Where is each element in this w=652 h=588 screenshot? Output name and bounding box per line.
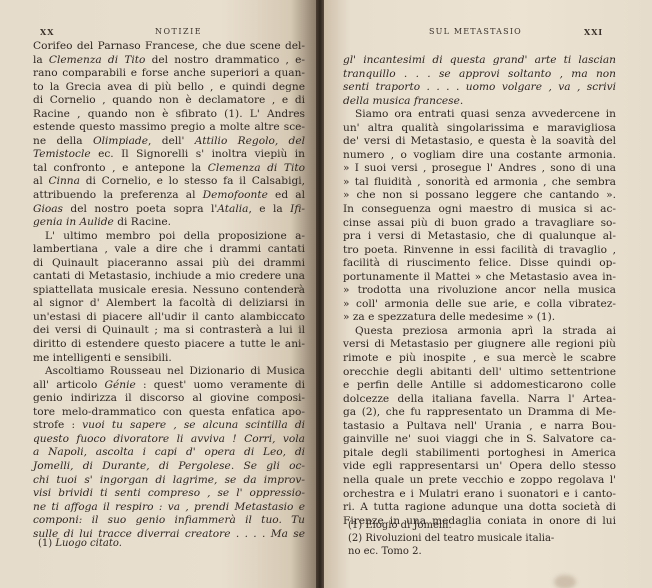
italic-text: Attilio Regolo, del [195,135,305,147]
text-line: a Napoli, ascolta i capi d' opera di Leo… [33,446,305,460]
book-gutter [316,0,324,588]
italic-text: componi: il suo genio infiammerà il tuo.… [33,514,305,526]
text-segment: nella quale un prete vecchio e zoppo reg… [343,474,616,486]
text-line: Siamo ora entrati quasi senza avvedercen… [343,108,616,122]
text-line: cantati di Metastasio, inchiude a mio cr… [33,270,305,284]
text-line: tastasio a Pultava nell' Urania , e narr… [343,420,616,434]
text-segment: to la Grecia avea di più bello , e quind… [33,81,305,93]
text-segment: di Racine. [114,216,171,228]
text-line: rimote e più inospite , e sua mercè le s… [343,352,616,366]
text-line: un' altra qualità singolarissima e marav… [343,122,616,136]
text-line: orecchie degli abitanti dell' ultimo set… [343,366,616,380]
text-segment: del nostro drammatico , e- [145,54,305,66]
text-segment: versi di Metastasio per giugnere alle re… [343,338,616,350]
text-segment: tal confronto , e antepone la [33,162,208,174]
text-line: di Cornelio , quando non è declamatore ,… [33,94,305,108]
italic-text: a Napoli, ascolta i capi d' opera di Leo… [33,446,305,458]
text-segment: ga (2), che fu rappresentato un Dramma d… [343,406,616,418]
text-line: versi di Metastasio per giugnere alle re… [343,338,616,352]
text-segment: ed al [268,189,305,201]
italic-text: chi tuoi s' ingorgan di lagrime, se da i… [33,474,305,486]
running-head-right: SUL METASTASIO [429,27,522,36]
text-segment: cinse assai più di buon grado a travagli… [343,217,616,229]
text-line: chi tuoi s' ingorgan di lagrime, se da i… [33,474,305,488]
text-line: componi: il suo genio infiammerà il tuo.… [33,514,305,528]
text-line: tro poeta. Rinvenne in essi facilità di … [343,244,616,258]
italic-text: della musica francese. [343,95,463,107]
text-line: diritto di estendere questo piacere a tu… [33,338,305,352]
text-line: Temistocle ec. Il Signorelli s' inoltra … [33,148,305,162]
text-segment: lambertiana , vale a dire che i drammi c… [33,243,305,255]
text-segment: al signor d' Alembert la facoltà di deli… [33,297,305,309]
text-line: questo fuoco divoratore li avviva ! Corr… [33,433,305,447]
text-segment: al [33,175,48,187]
text-segment: » coll' armonia delle sue arie, e colla … [343,298,616,310]
text-segment: no ec. Tomo 2. [348,546,422,557]
left-page-body: Corifeo del Parnaso Francese, che due sc… [33,40,305,541]
text-segment: diritto di estendere questo piacere a tu… [33,338,305,350]
text-segment: numero , o vogliam dire una costante arm… [343,149,616,161]
text-line: » coll' armonia delle sue arie, e colla … [343,298,616,312]
text-segment: di Cornelio, e lo stesso fa il Calsabigi… [80,175,305,187]
text-line: un'estasi di piacere all'udir il canto a… [33,311,305,325]
italic-text: Luogo citato. [55,538,122,549]
text-line: cinse assai più di buon grado a travagli… [343,217,616,231]
text-segment: Questa preziosa armonia aprì la strada a… [355,325,616,337]
text-segment: , dell' [148,135,195,147]
text-segment: rimote e più inospite , e sua mercè le s… [343,352,616,364]
text-line: e perfin delle Antille si addomesticaron… [343,379,616,393]
italic-text: Génie [105,379,136,391]
text-line: » che non si possano leggere che cantand… [343,189,616,203]
text-segment: pitale degli stabilimenti portoghesi in … [343,447,616,459]
text-segment: Ascoltiamo Rousseau nel Dizionario di Mu… [45,365,305,377]
text-line: Ascoltiamo Rousseau nel Dizionario di Mu… [33,365,305,379]
text-line: Gioas del nostro poeta sopra l'Atalia, e… [33,203,305,217]
text-segment: un' altra qualità singolarissima e marav… [343,122,616,134]
text-line: L' ultimo membro poi della proposizione … [33,230,305,244]
book-spread: XX NOTIZIE Corifeo del Parnaso Francese,… [0,0,652,588]
text-segment: me intelligenti e sensibili. [33,352,172,364]
text-line: vide egli rappresentarsi un' Opera dello… [343,460,616,474]
text-line: ga (2), che fu rappresentato un Dramma d… [343,406,616,420]
text-line: » za e spezzatura delle medesime » (1). [343,311,616,325]
text-segment: pra i versi di Metastasio, che di qualun… [343,230,616,242]
text-line: In conseguenza ogni maestro di musica si… [343,203,616,217]
text-line: strofe : vuoi tu sapere , se alcuna scin… [33,419,305,433]
text-line: gainville ne' suoi viaggi che in S. Salv… [343,433,616,447]
footnote-line: (2) Rivoluzioni del teatro musicale ital… [348,532,618,545]
text-segment: facilità di riuscimento felice. Disse qu… [343,257,616,269]
text-segment: : quest' uomo veramente di [136,379,305,391]
text-segment: spiattellata musicale eresia. Nessuno co… [33,284,305,296]
text-line: pitale degli stabilimenti portoghesi in … [343,447,616,461]
text-line: tal confronto , e antepone la Clemenza d… [33,162,305,176]
text-line: de' versi di Metastasio, e questa è la s… [343,135,616,149]
text-line: to la Grecia avea di più bello , e quind… [33,81,305,95]
italic-text: senti traporto . . . . uomo volgare , va… [343,81,616,93]
footnote-line: (1) Elogio di Jomelli. [348,519,618,532]
text-line: Corifeo del Parnaso Francese, che due sc… [33,40,305,54]
text-segment: (2) Rivoluzioni del teatro musicale ital… [348,533,554,544]
text-segment: orecchie degli abitanti dell' ultimo set… [343,366,616,378]
italic-text: genia in Aulide [33,216,114,228]
italic-text: Ifi- [290,203,305,215]
text-line: numero , o vogliam dire una costante arm… [343,149,616,163]
italic-text: questo fuoco divoratore li avviva ! Corr… [33,433,305,445]
text-segment: (1) [38,538,55,549]
right-page-footnotes: (1) Elogio di Jomelli.(2) Rivoluzioni de… [348,519,618,558]
page-number-right: XXI [584,27,603,37]
text-segment: ne della [33,135,93,147]
text-segment: de' versi di Metastasio, e questa è la s… [343,135,616,147]
text-line: portunamente il Mattei » che Metastasio … [343,271,616,285]
text-segment: strofe : [33,419,82,431]
italic-text: Temistocle [33,148,91,160]
text-segment: tastasio a Pultava nell' Urania , e narr… [343,420,616,432]
text-segment: (1) Elogio di Jomelli. [348,520,452,531]
text-line: genio indirizza il discorso al giovine c… [33,392,305,406]
text-segment: dei versi di Quinault ; ma si contraster… [33,324,305,336]
italic-text: vuoi tu sapere , se alcuna scintilla di [82,419,305,431]
footnote-line: no ec. Tomo 2. [348,545,618,558]
text-segment: Siamo ora entrati quasi senza avvedercen… [355,108,616,120]
text-line: Racine , quando non è sfibrato (1). L' A… [33,108,305,122]
text-line: al Cinna di Cornelio, e lo stesso fa il … [33,175,305,189]
italic-text: Clemenza di Tito [208,162,305,174]
text-line: nella quale un prete vecchio e zoppo reg… [343,474,616,488]
page-number-left: XX [40,27,54,37]
text-line: lambertiana , vale a dire che i drammi c… [33,243,305,257]
text-segment: gainville ne' suoi viaggi che in S. Salv… [343,433,616,445]
right-page: SUL METASTASIO XXI gl' incantesimi di qu… [324,0,652,588]
text-segment: di Cornelio , quando non è declamatore ,… [33,94,305,106]
text-line: dolcezze della italiana favella. Narra l… [343,393,616,407]
text-line: me intelligenti e sensibili. [33,352,305,366]
italic-text: visi brividi ti senti compreso , se l' o… [33,487,305,499]
text-line: tore melo-drammatico con questa enfatica… [33,406,305,420]
text-line: rano comparabili e forse anche superiori… [33,67,305,81]
italic-text: tranquillo . . . se approvi soltanto , m… [343,68,616,80]
italic-text: Demofoonte [203,189,268,201]
text-segment: » I suoi versi , prosegue l' Andres , so… [343,162,616,174]
text-segment: » tal fluidità , sonorità ed armonia , c… [343,176,616,188]
right-page-body: gl' incantesimi di questa grand' arte ti… [343,54,616,528]
text-segment: genio indirizza il discorso al giovine c… [33,392,305,404]
text-segment: tore melo-drammatico con questa enfatica… [33,406,305,418]
italic-text: Gioas [33,203,63,215]
paper-stain [554,575,576,588]
text-segment: attribuendo la preferenza al [33,189,203,201]
text-line: ne della Olimpiade, dell' Attilio Regolo… [33,135,305,149]
text-segment: » za e spezzatura delle medesime » (1). [343,311,555,323]
text-line: Questa preziosa armonia aprì la strada a… [343,325,616,339]
text-segment: vide egli rappresentarsi un' Opera dello… [343,460,616,472]
text-segment: di Quinault piaceranno assai più dei dra… [33,257,305,269]
text-line: gl' incantesimi di questa grand' arte ti… [343,54,616,68]
italic-text: gl' incantesimi di questa grand' arte ti… [343,54,616,66]
italic-text: ne ti affoga il respiro : va , prendi Me… [33,501,305,513]
text-segment: orchestra e i Mulatri erano i suonatori … [343,488,616,500]
text-line: dei versi di Quinault ; ma si contraster… [33,324,305,338]
text-segment: un'estasi di piacere all'udir il canto a… [33,311,305,323]
text-line: tranquillo . . . se approvi soltanto , m… [343,68,616,82]
text-line: spiattellata musicale eresia. Nessuno co… [33,284,305,298]
text-segment: cantati di Metastasio, inchiude a mio cr… [33,270,305,282]
italic-text: Olimpiade [93,135,148,147]
text-line: ri. A tutta ragione adunque una dotta so… [343,501,616,515]
text-line: all' articolo Génie : quest' uomo verame… [33,379,305,393]
text-segment: del nostro poeta sopra l' [63,203,217,215]
italic-text: Jomelli, di Durante, di Pergolese. Se gl… [33,460,305,472]
text-line: la Clemenza di Tito del nostro drammatic… [33,54,305,68]
text-segment: all' articolo [33,379,105,391]
text-line: ne ti affoga il respiro : va , prendi Me… [33,501,305,515]
text-line: visi brividi ti senti compreso , se l' o… [33,487,305,501]
text-segment: Racine , quando non è sfibrato (1). L' A… [33,108,305,120]
text-segment: la [33,54,49,66]
left-page: XX NOTIZIE Corifeo del Parnaso Francese,… [0,0,316,588]
text-line: » I suoi versi , prosegue l' Andres , so… [343,162,616,176]
text-line: senti traporto . . . . uomo volgare , va… [343,81,616,95]
italic-text: Cinna [48,175,79,187]
text-segment: tro poeta. Rinvenne in essi facilità di … [343,244,616,256]
text-line: di Quinault piaceranno assai più dei dra… [33,257,305,271]
italic-text: Clemenza di Tito [49,54,145,66]
text-segment: estende questo massimo pregio a molte al… [33,121,305,133]
text-line: attribuendo la preferenza al Demofoonte … [33,189,305,203]
text-segment: ec. Il Signorelli s' inoltra viepiù in [91,148,305,160]
italic-text: Atalia [217,203,248,215]
text-segment: dolcezze della italiana favella. Narra l… [343,393,616,405]
text-line: genia in Aulide di Racine. [33,216,305,230]
text-segment: e perfin delle Antille si addomesticaron… [343,379,616,391]
footnote-line: (1) Luogo citato. [38,537,122,550]
text-line: estende questo massimo pregio a molte al… [33,121,305,135]
text-segment: , e la [248,203,290,215]
text-segment: » trodotta una rivoluzione ancor nella m… [343,284,616,296]
text-line: Jomelli, di Durante, di Pergolese. Se gl… [33,460,305,474]
left-page-footnotes: (1) Luogo citato. [38,537,122,550]
text-segment: ri. A tutta ragione adunque una dotta so… [343,501,616,513]
text-line: » tal fluidità , sonorità ed armonia , c… [343,176,616,190]
text-line: pra i versi di Metastasio, che di qualun… [343,230,616,244]
text-line: della musica francese. [343,95,616,109]
text-line: facilità di riuscimento felice. Disse qu… [343,257,616,271]
running-head-left: NOTIZIE [155,27,202,36]
text-line: » trodotta una rivoluzione ancor nella m… [343,284,616,298]
text-line: al signor d' Alembert la facoltà di deli… [33,297,305,311]
text-segment: Corifeo del Parnaso Francese, che due sc… [33,40,305,52]
text-segment: rano comparabili e forse anche superiori… [33,67,305,79]
text-segment: L' ultimo membro poi della proposizione … [45,230,305,242]
text-segment: » che non si possano leggere che cantand… [343,189,616,201]
text-segment: In conseguenza ogni maestro di musica si… [343,203,616,215]
text-line: orchestra e i Mulatri erano i suonatori … [343,488,616,502]
text-segment: portunamente il Mattei » che Metastasio … [343,271,616,283]
